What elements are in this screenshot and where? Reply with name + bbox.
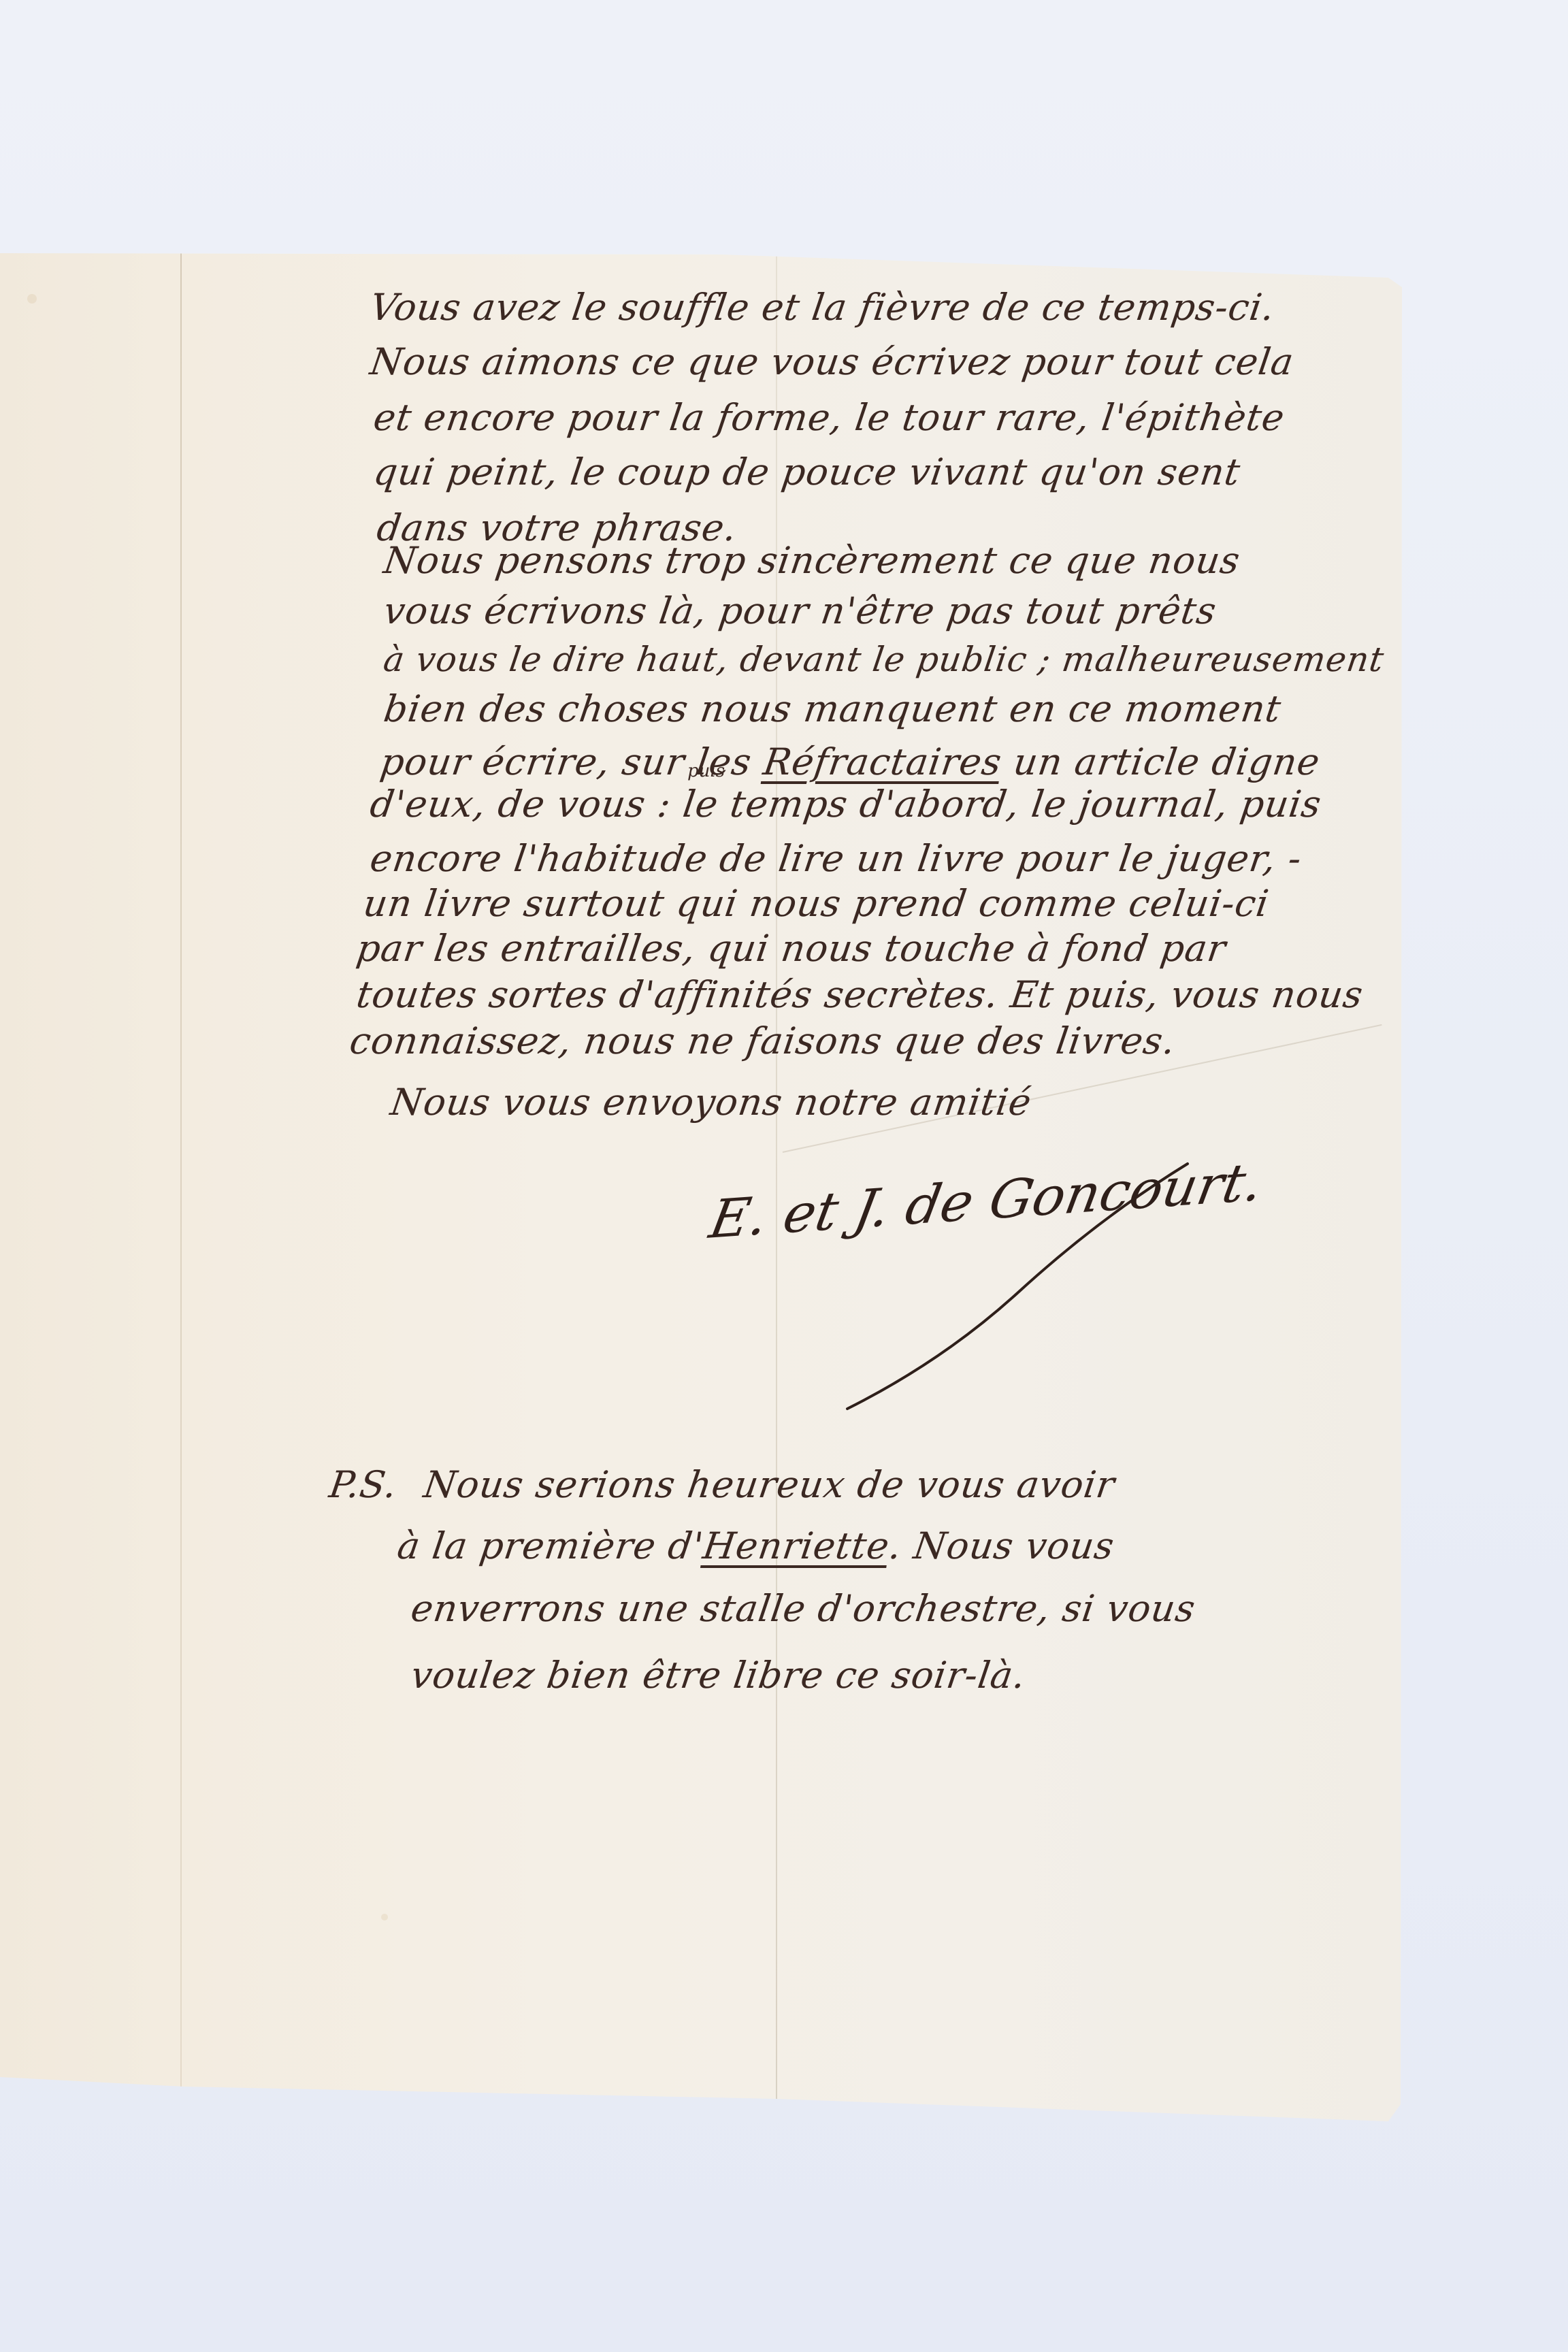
postscript-line: voulez bien être libre ce soir-là. <box>408 1654 1028 1697</box>
text-segment: à la première d' <box>395 1524 706 1567</box>
letter-line: Nous aimons ce que vous écrivez pour tou… <box>367 340 1296 383</box>
letter-line: Vous avez le souffle et la fièvre de ce … <box>367 286 1277 329</box>
signature-flourish <box>840 1157 1194 1416</box>
letter-line: bien des choses nous manquent en ce mome… <box>381 687 1284 730</box>
postscript-label: P.S. <box>327 1463 400 1506</box>
letter-line: vous écrivons là, pour n'être pas tout p… <box>381 589 1220 632</box>
letter-line: à vous le dire haut, devant le public ; … <box>381 640 1387 679</box>
postscript-line: P.S.Nous serions heureux de vous avoir <box>327 1463 1117 1506</box>
letter-line: connaissez, nous ne faisons que des livr… <box>347 1019 1179 1062</box>
letter-line: Nous pensons trop sincèrement ce que nou… <box>381 539 1243 582</box>
text-segment: Nous serions heureux de vous avoir <box>421 1463 1118 1506</box>
fold-line-left <box>180 253 182 2121</box>
book-title-refractaires: Réfractaires <box>761 740 1004 783</box>
letter-line: par les entrailles, qui nous touche à fo… <box>354 927 1229 970</box>
postscript-line: à la première d'Henriette. Nous vous <box>395 1524 1117 1567</box>
letter-line: d'eux, de vous : le temps d'abord, le jo… <box>367 783 1324 826</box>
letter-line: toutes sortes d'affinités secrètes. Et p… <box>354 973 1366 1016</box>
letter-line: et encore pour la forme, le tour rare, l… <box>371 396 1288 439</box>
closing-line: Nous vous envoyons notre amitié <box>388 1081 1034 1124</box>
letter-line: pour écrire, sur les Réfractaires un art… <box>378 740 1323 783</box>
text-segment: . Nous vous <box>886 1524 1117 1567</box>
letter-line: un livre surtout qui nous prend comme ce… <box>361 882 1272 925</box>
foxing-stain <box>381 1914 388 1921</box>
interlinear-insertion: puis <box>687 761 725 781</box>
letter-line: encore l'habitude de lire un livre pour … <box>367 837 1305 880</box>
foxing-stain <box>27 294 37 304</box>
play-title-henriette: Henriette <box>700 1524 892 1567</box>
text-segment: un article digne <box>998 740 1323 783</box>
postscript-line: enverrons une stalle d'orchestre, si vou… <box>408 1587 1198 1630</box>
letter-line: qui peint, le coup de pouce vivant qu'on… <box>371 451 1243 493</box>
